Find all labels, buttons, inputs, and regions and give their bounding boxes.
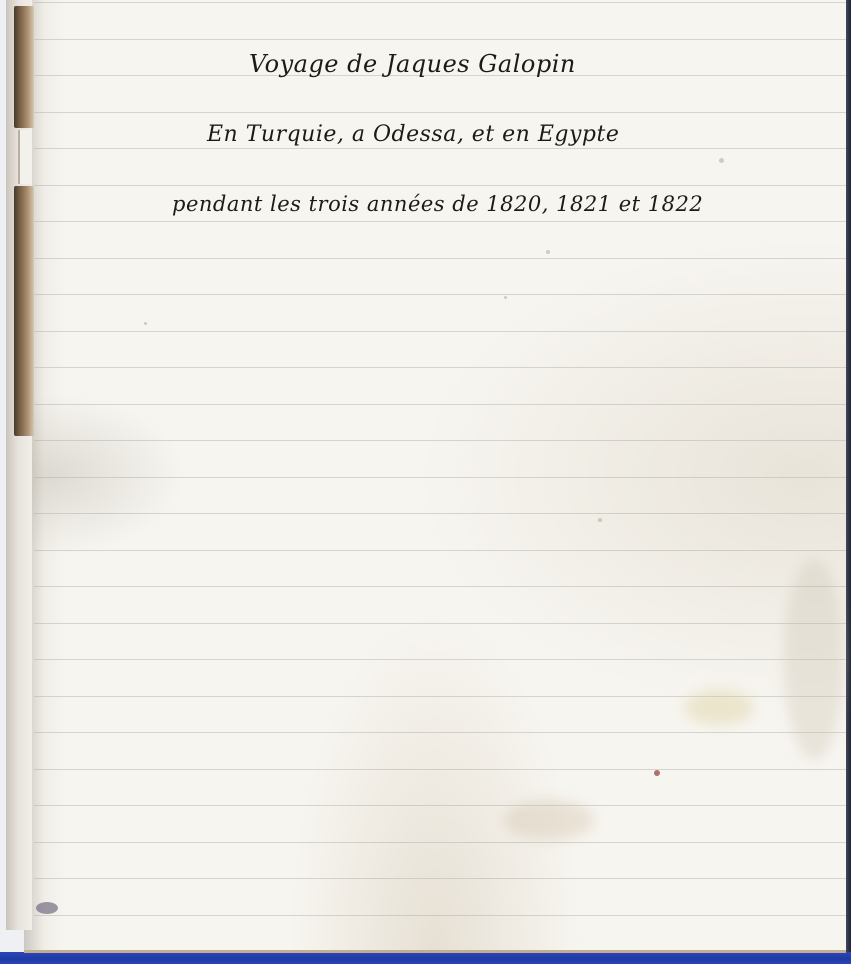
ruled-line <box>34 367 846 368</box>
ink-blot <box>36 902 58 914</box>
ruled-line <box>34 331 846 332</box>
ruled-line <box>34 148 846 149</box>
ruled-line <box>34 112 846 113</box>
ruled-line <box>34 477 846 478</box>
ruled-line <box>34 842 846 843</box>
ruled-line <box>34 732 846 733</box>
foxing-spot <box>719 158 724 163</box>
ruled-line <box>34 185 846 186</box>
ruled-line <box>34 513 846 514</box>
foxing-spot <box>144 322 147 325</box>
ruled-line <box>34 550 846 551</box>
foxing-spot <box>654 770 660 776</box>
blue-cloth-background <box>0 952 851 964</box>
ruled-line <box>34 586 846 587</box>
ruled-line <box>34 404 846 405</box>
title-line-1: Voyage de Jaques Galopin <box>249 50 576 78</box>
title-line-3: pendant les trois années de 1820, 1821 e… <box>172 192 703 216</box>
title-line-2: En Turquie, a Odessa, et en Egypte <box>207 122 619 147</box>
ruled-line <box>34 221 846 222</box>
ruled-line <box>34 440 846 441</box>
ruled-line <box>34 915 846 916</box>
ruled-line <box>34 258 846 259</box>
ruled-line <box>34 805 846 806</box>
paper-stain <box>684 690 754 725</box>
ruled-line <box>34 769 846 770</box>
book-spine <box>6 0 32 930</box>
foxing-spot <box>598 518 602 522</box>
foxing-spot <box>504 296 507 299</box>
paper-stain <box>784 560 844 760</box>
ruled-line <box>34 623 846 624</box>
manuscript-scan: Voyage de Jaques Galopin En Turquie, a O… <box>0 0 851 964</box>
foxing-spot <box>546 250 550 254</box>
spine-binding-lower <box>14 186 34 436</box>
spine-binding-upper <box>14 6 34 128</box>
ruled-line <box>34 878 846 879</box>
spine-gap <box>18 130 32 184</box>
ruled-line <box>34 39 846 40</box>
ruled-line <box>34 659 846 660</box>
paper-stain <box>504 800 594 840</box>
manuscript-page: Voyage de Jaques Galopin En Turquie, a O… <box>24 0 846 953</box>
ruled-line <box>34 2 846 3</box>
ruled-line <box>34 294 846 295</box>
